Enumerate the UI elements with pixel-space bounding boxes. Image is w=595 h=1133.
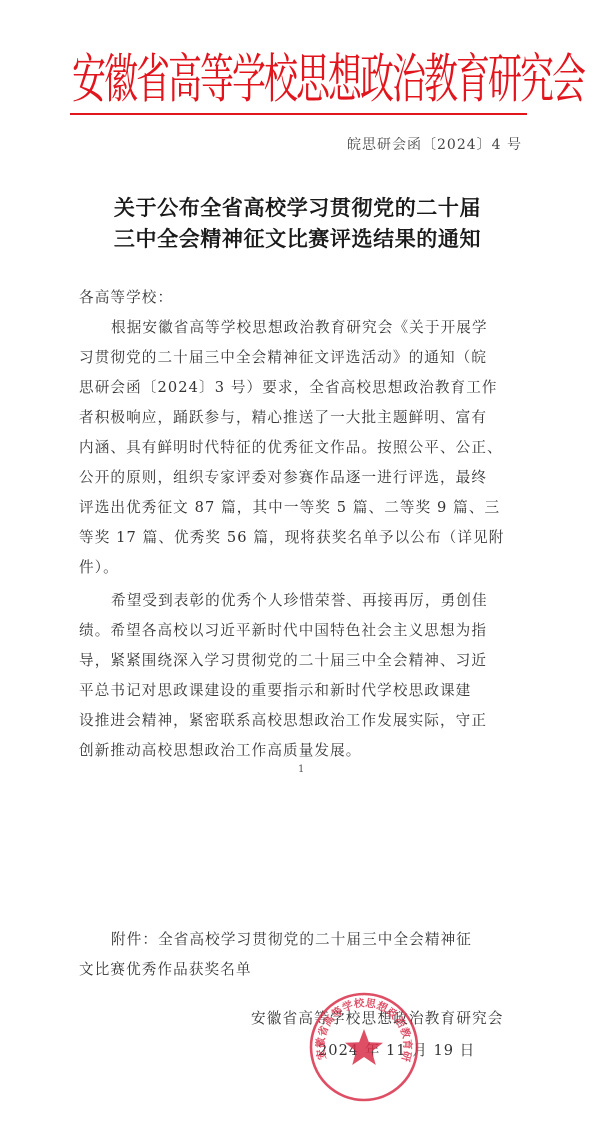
paragraph-2: 希望受到表彰的优秀个人珍惜荣誉、再接再厉，勇创佳 绩。希望各高校以习近平新时代中… xyxy=(79,586,525,766)
attachment-note: 附件：全省高校学习贯彻党的二十届三中全会精神征 文比赛优秀作品获奖名单 xyxy=(79,925,472,985)
paragraph-line: 创新推动高校思想政治工作高质量发展。 xyxy=(79,736,525,766)
paragraph-line: 思研会函〔2024〕3 号）要求，全省高校思想政治教育工作 xyxy=(79,373,525,403)
paragraph-1: 根据安徽省高等学校思想政治教育研究会《关于开展学 习贯彻党的二十届三中全会精神征… xyxy=(79,313,525,583)
paragraph-line: 设推进会精神，紧密联系高校思想政治工作发展实际，守正 xyxy=(79,706,525,736)
paragraph-line: 根据安徽省高等学校思想政治教育研究会《关于开展学 xyxy=(79,313,525,343)
salutation: 各高等学校： xyxy=(79,283,525,313)
letterhead-red-rule xyxy=(70,113,527,115)
attachment-line: 附件：全省高校学习贯彻党的二十届三中全会精神征 xyxy=(79,925,472,955)
paragraph-line: 导，紧紧围绕深入学习贯彻党的二十届三中全会精神、习近 xyxy=(79,646,525,676)
paragraph-line: 评选出优秀征文 87 篇，其中一等奖 5 篇、二等奖 9 篇、三 xyxy=(79,493,525,523)
paragraph-line: 绩。希望各高校以习近平新时代中国特色社会主义思想为指 xyxy=(79,616,525,646)
paragraph-line: 等奖 17 篇、优秀奖 56 篇，现将获奖名单予以公布（详见附 xyxy=(79,523,525,553)
notice-title-line: 三中全会精神征文比赛评选结果的通知 xyxy=(60,223,535,254)
page-number: 1 xyxy=(298,764,304,775)
paragraph-line: 内涵、具有鲜明时代特征的优秀征文作品。按照公平、公正、 xyxy=(79,433,525,463)
paragraph-line: 件）。 xyxy=(79,553,525,583)
document-number: 皖思研会函〔2024〕4 号 xyxy=(347,135,522,155)
paragraph-line: 习贯彻党的二十届三中全会精神征文评选活动》的通知（皖 xyxy=(79,343,525,373)
paragraph-line: 希望受到表彰的优秀个人珍惜荣誉、再接再厉，勇创佳 xyxy=(79,586,525,616)
notice-title-line: 关于公布全省高校学习贯彻党的二十届 xyxy=(60,192,535,223)
attachment-line: 文比赛优秀作品获奖名单 xyxy=(79,955,472,985)
paragraph-line: 平总书记对思政课建设的重要指示和新时代学校思政课建 xyxy=(79,676,525,706)
official-seal: 安徽省高等学校思想政治教育研究会 xyxy=(308,991,420,1103)
notice-body: 各高等学校： 根据安徽省高等学校思想政治教育研究会《关于开展学 习贯彻党的二十届… xyxy=(79,283,525,766)
star-icon xyxy=(345,1029,383,1065)
notice-title: 关于公布全省高校学习贯彻党的二十届 三中全会精神征文比赛评选结果的通知 xyxy=(60,192,535,254)
paragraph-line: 公开的原则，组织专家评委对参赛作品逐一进行评选，最终 xyxy=(79,463,525,493)
paragraph-line: 者积极响应，踊跃参与，精心推送了一大批主题鲜明、富有 xyxy=(79,403,525,433)
